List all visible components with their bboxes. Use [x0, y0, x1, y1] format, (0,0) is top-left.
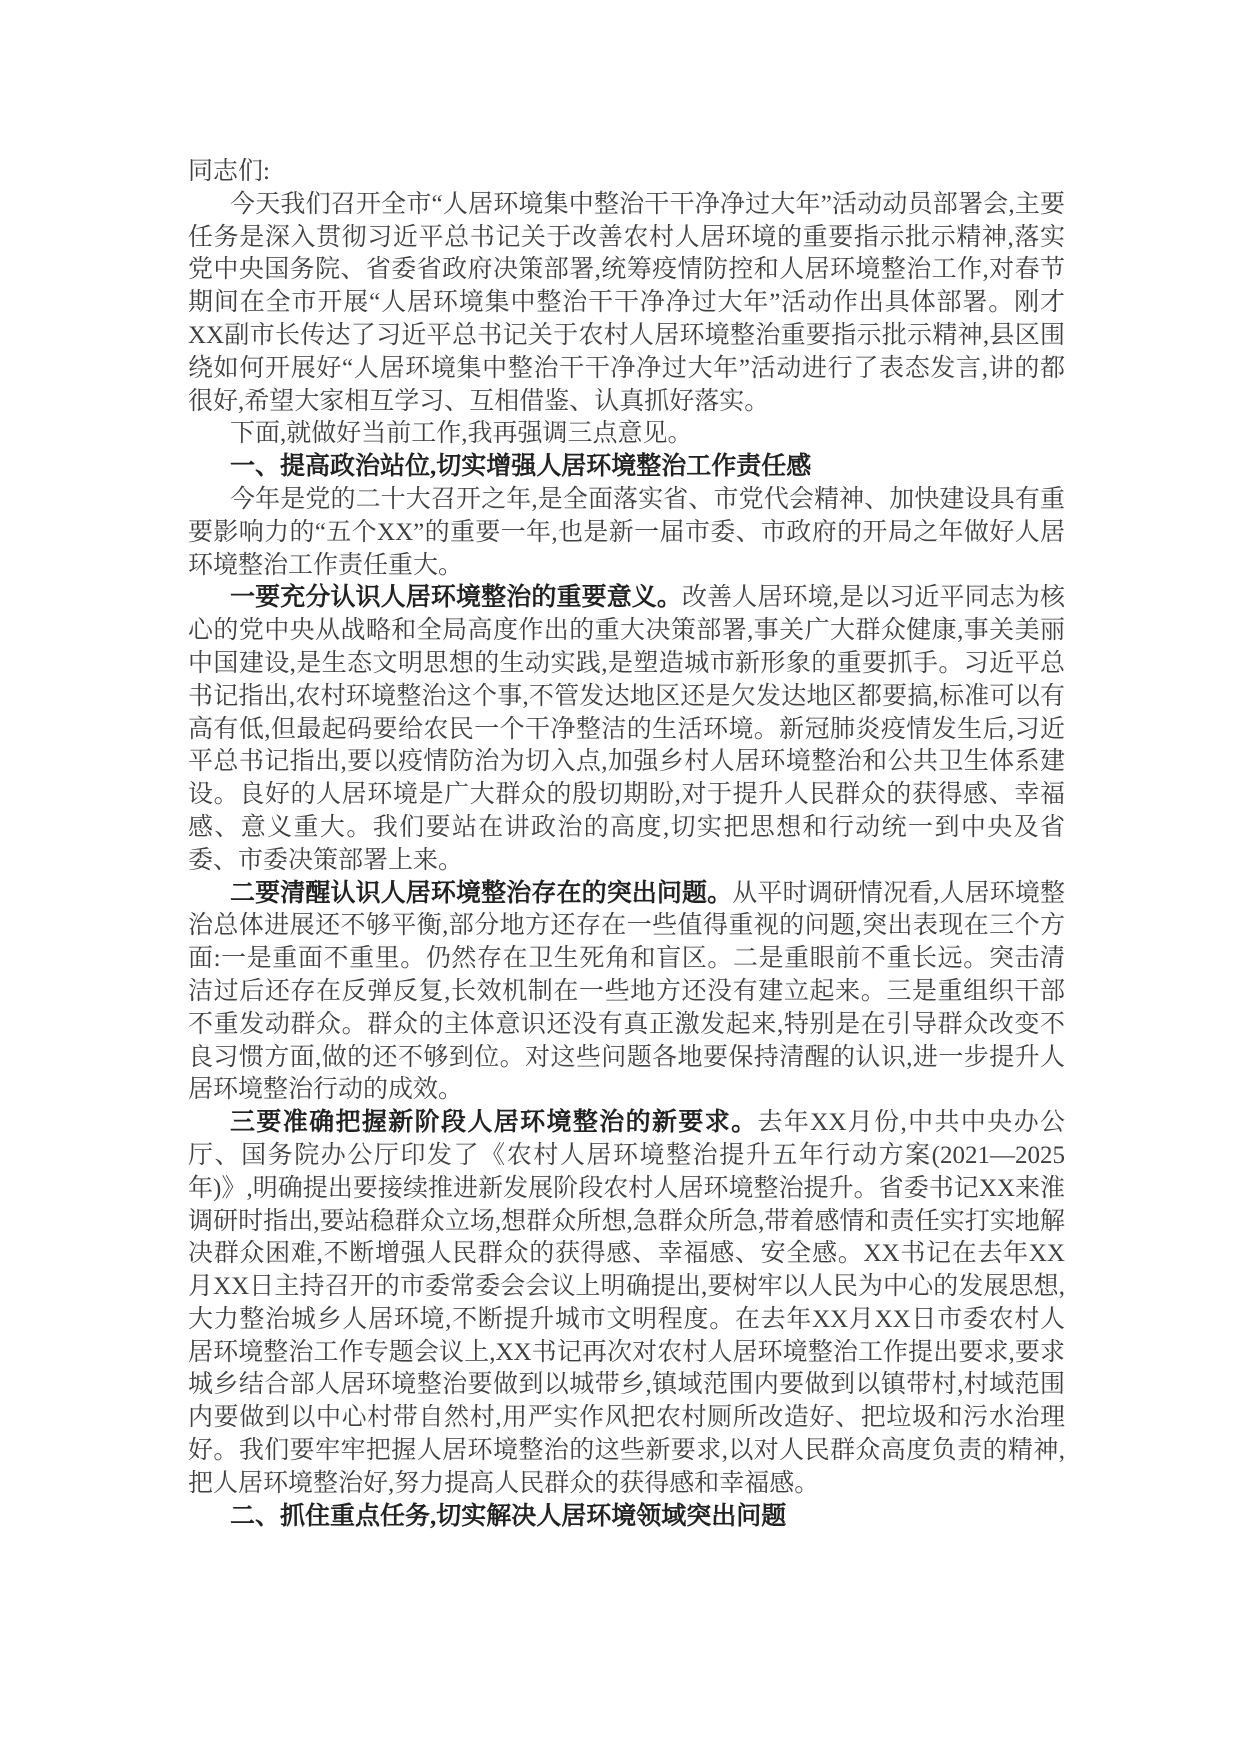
paragraph: 三要准确把握新阶段人居环境整治的新要求。去年XX月份,中共中央办公厅、国务院办公…	[188, 1107, 1065, 1501]
paragraph: 今年是党的二十大召开之年,是全面落实省、市党代会精神、加快建设具有重要影响力的“…	[188, 484, 1065, 582]
paragraph: 今天我们召开全市“人居环境集中整治干干净净过大年”活动动员部署会,主要任务是深入…	[188, 189, 1065, 419]
paragraph-lead: 一要充分认识人居环境整治的重要意义。	[230, 584, 682, 611]
paragraph-lead: 二要清醒认识人居环境整治存在的突出问题。	[230, 880, 732, 907]
paragraph: 下面,就做好当前工作,我再强调三点意见。	[188, 418, 1065, 451]
section-heading: 一、提高政治站位,切实增强人居环境整治工作责任感	[188, 451, 1065, 484]
section-heading: 二、抓住重点任务,切实解决人居环境领域突出问题	[188, 1501, 1065, 1534]
salutation: 同志们:	[188, 156, 1065, 189]
paragraph-lead: 三要准确把握新阶段人居环境整治的新要求。	[230, 1109, 758, 1136]
document-body: 同志们:今天我们召开全市“人居环境集中整治干干净净过大年”活动动员部署会,主要任…	[188, 156, 1065, 1533]
document-page: 同志们:今天我们召开全市“人居环境集中整治干干净净过大年”活动动员部署会,主要任…	[0, 0, 1240, 1754]
paragraph: 一要充分认识人居环境整治的重要意义。改善人居环境,是以习近平同志为核心的党中央从…	[188, 582, 1065, 877]
paragraph: 二要清醒认识人居环境整治存在的突出问题。从平时调研情况看,人居环境整治总体进展还…	[188, 878, 1065, 1108]
